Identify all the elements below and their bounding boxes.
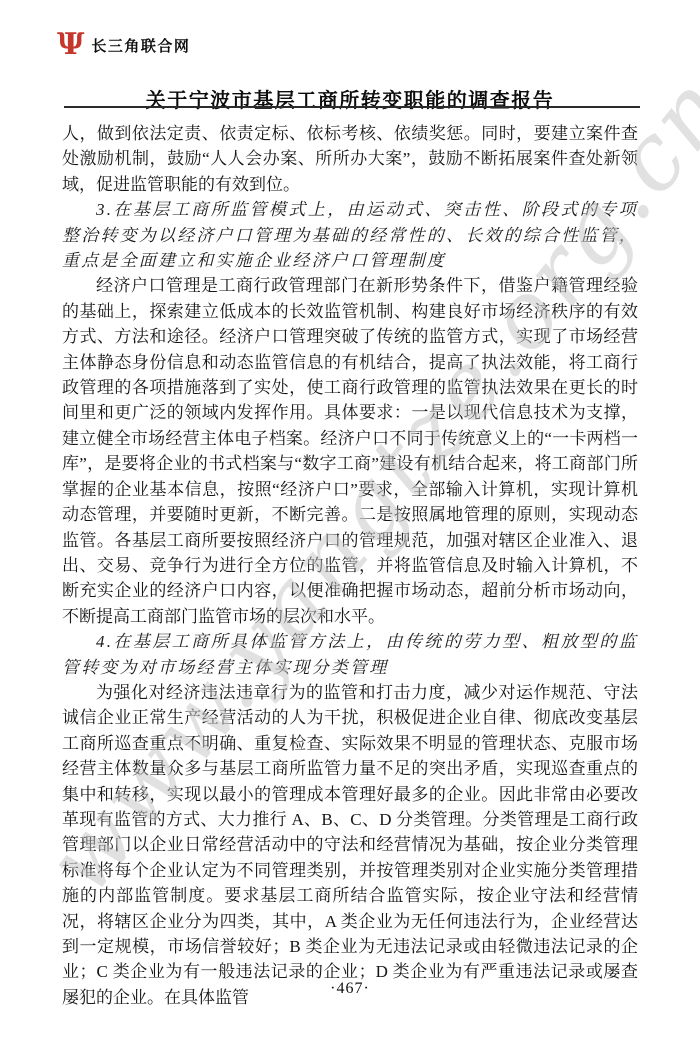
paragraph-economic-household: 经济户口管理是工商行政管理部门在新形势条件下，借鉴户籍管理经验的基础上，探索建立… bbox=[62, 273, 638, 629]
page-footer: ·467· bbox=[0, 980, 700, 998]
paragraph-classified-management: 为强化对经济违法违章行为的监管和打击力度，减少对运作规范、守法诚信企业正常生产经… bbox=[62, 680, 638, 1010]
document-page: www.yangtze.org.cn Ψ 长三角联合网 关于宁波市基层工商所转变… bbox=[0, 0, 700, 1050]
document-title: 关于宁波市基层工商所转变职能的调查报告 bbox=[0, 84, 700, 113]
site-header: Ψ 长三角联合网 bbox=[57, 30, 190, 60]
site-logo-icon: Ψ bbox=[57, 30, 84, 60]
section-heading-3: 3.在基层工商所监管模式上，由运动式、突击性、阶段式的专项整治转变为以经济户口管… bbox=[62, 197, 638, 273]
page-number: ·467· bbox=[330, 980, 370, 997]
title-divider bbox=[64, 106, 640, 108]
document-body: 人，做到依法定责、依责定标、依标考核、依绩奖惩。同时，要建立案件查处激励机制，鼓… bbox=[62, 121, 638, 1010]
section-heading-4: 4.在基层工商所具体监管方法上，由传统的劳力型、粗放型的监管转变为对市场经营主体… bbox=[62, 629, 638, 680]
paragraph-continuation: 人，做到依法定责、依责定标、依标考核、依绩奖惩。同时，要建立案件查处激励机制，鼓… bbox=[62, 121, 638, 197]
site-name: 长三角联合网 bbox=[91, 35, 190, 56]
